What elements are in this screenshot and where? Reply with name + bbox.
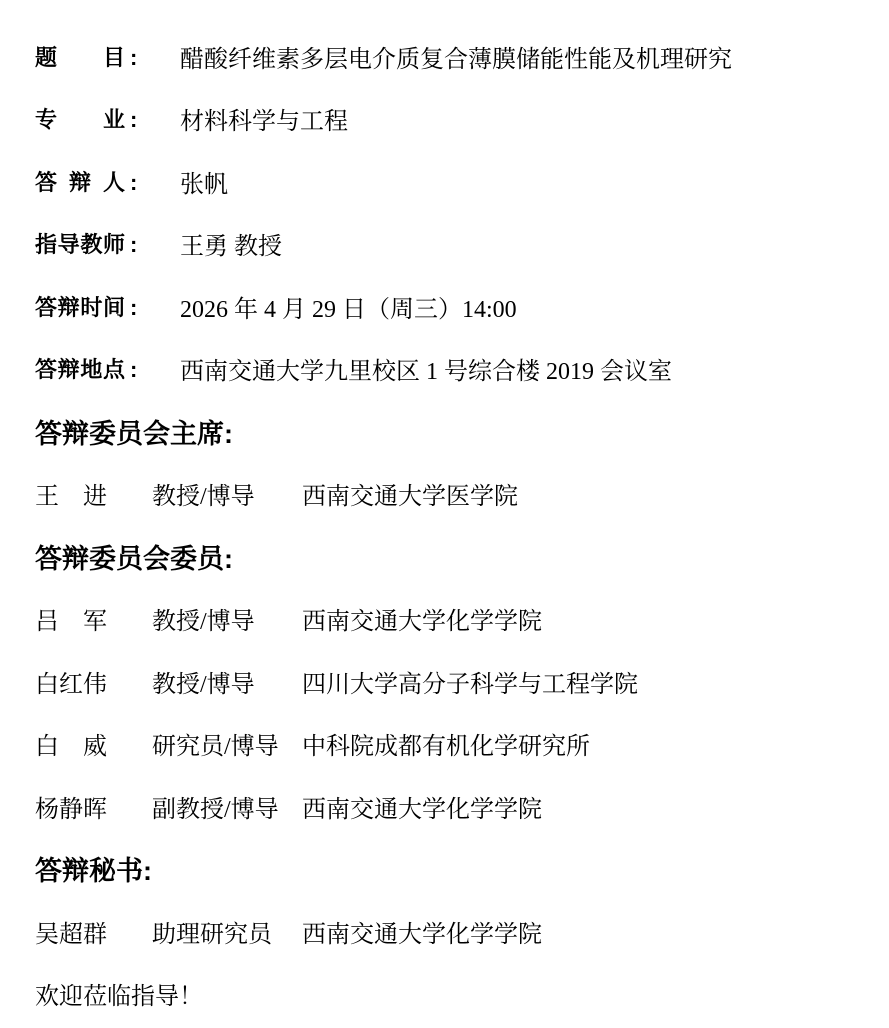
field-label-defender: 答 辩 人:	[35, 166, 180, 197]
field-label-text: 指导教师	[35, 228, 125, 259]
member-affiliation: 西南交通大学化学学院	[302, 601, 542, 636]
member-name: 杨静晖	[35, 789, 152, 824]
member-title: 助理研究员	[152, 914, 302, 949]
field-label-text: 专 业	[35, 103, 125, 134]
field-row-defender: 答 辩 人: 张帆	[35, 150, 859, 213]
field-label-text: 答辩时间	[35, 291, 125, 322]
field-value-advisor: 王勇 教授	[180, 226, 282, 261]
field-row-topic: 题 目: 醋酸纤维素多层电介质复合薄膜储能性能及机理研究	[35, 25, 859, 88]
field-colon: :	[130, 295, 137, 321]
field-colon: :	[130, 232, 137, 258]
member-title: 教授/博导	[152, 476, 302, 511]
closing-row: 欢迎莅临指导！	[35, 963, 859, 1026]
member-title: 教授/博导	[152, 601, 302, 636]
member-row: 白 威 研究员/博导 中科院成都有机化学研究所	[35, 713, 859, 776]
member-row: 吴超群 助理研究员 西南交通大学化学学院	[35, 900, 859, 963]
member-affiliation: 西南交通大学化学学院	[302, 789, 542, 824]
section-heading-members: 答辩委员会委员:	[35, 525, 859, 588]
member-affiliation: 中科院成都有机化学研究所	[302, 726, 590, 761]
field-label-topic: 题 目:	[35, 41, 180, 72]
member-row: 吕 军 教授/博导 西南交通大学化学学院	[35, 588, 859, 651]
field-value-time: 2026 年 4 月 29 日（周三）14:00	[180, 289, 517, 324]
member-affiliation: 西南交通大学化学学院	[302, 914, 542, 949]
member-affiliation: 西南交通大学医学院	[302, 476, 518, 511]
field-value-major: 材料科学与工程	[180, 101, 348, 136]
member-name: 吴超群	[35, 914, 152, 949]
field-value-location: 西南交通大学九里校区 1 号综合楼 2019 会议室	[180, 351, 672, 386]
section-heading-text: 答辩秘书:	[35, 849, 152, 888]
member-title: 副教授/博导	[152, 789, 302, 824]
field-colon: :	[130, 107, 137, 133]
section-heading-secretary: 答辩秘书:	[35, 838, 859, 901]
field-label-text: 答辩地点	[35, 353, 125, 384]
field-label-major: 专 业:	[35, 103, 180, 134]
field-colon: :	[130, 45, 137, 71]
section-heading-text: 答辩委员会主席:	[35, 412, 233, 451]
field-row-location: 答辩地点: 西南交通大学九里校区 1 号综合楼 2019 会议室	[35, 338, 859, 401]
field-value-topic: 醋酸纤维素多层电介质复合薄膜储能性能及机理研究	[180, 39, 732, 74]
member-name: 白 威	[35, 726, 152, 761]
member-affiliation: 四川大学高分子科学与工程学院	[302, 664, 638, 699]
field-label-time: 答辩时间:	[35, 291, 180, 322]
field-row-advisor: 指导教师: 王勇 教授	[35, 213, 859, 276]
field-label-text: 题 目	[35, 41, 125, 72]
member-name: 白红伟	[35, 664, 152, 699]
field-label-advisor: 指导教师:	[35, 228, 180, 259]
field-value-defender: 张帆	[180, 164, 228, 199]
member-name: 吕 军	[35, 601, 152, 636]
member-row: 王 进 教授/博导 西南交通大学医学院	[35, 463, 859, 526]
member-title: 教授/博导	[152, 664, 302, 699]
closing-note: 欢迎莅临指导！	[35, 976, 203, 1011]
member-title: 研究员/博导	[152, 726, 302, 761]
field-row-time: 答辩时间: 2026 年 4 月 29 日（周三）14:00	[35, 275, 859, 338]
field-colon: :	[130, 357, 137, 383]
field-row-major: 专 业: 材料科学与工程	[35, 88, 859, 151]
member-row: 白红伟 教授/博导 四川大学高分子科学与工程学院	[35, 650, 859, 713]
member-name: 王 进	[35, 476, 152, 511]
section-heading-chair: 答辩委员会主席:	[35, 400, 859, 463]
defense-announcement-document: 题 目: 醋酸纤维素多层电介质复合薄膜储能性能及机理研究 专 业: 材料科学与工…	[0, 0, 889, 1028]
section-heading-text: 答辩委员会委员:	[35, 537, 233, 576]
member-row: 杨静晖 副教授/博导 西南交通大学化学学院	[35, 775, 859, 838]
field-label-text: 答 辩 人	[35, 166, 125, 197]
field-label-location: 答辩地点:	[35, 353, 180, 384]
field-colon: :	[130, 170, 137, 196]
